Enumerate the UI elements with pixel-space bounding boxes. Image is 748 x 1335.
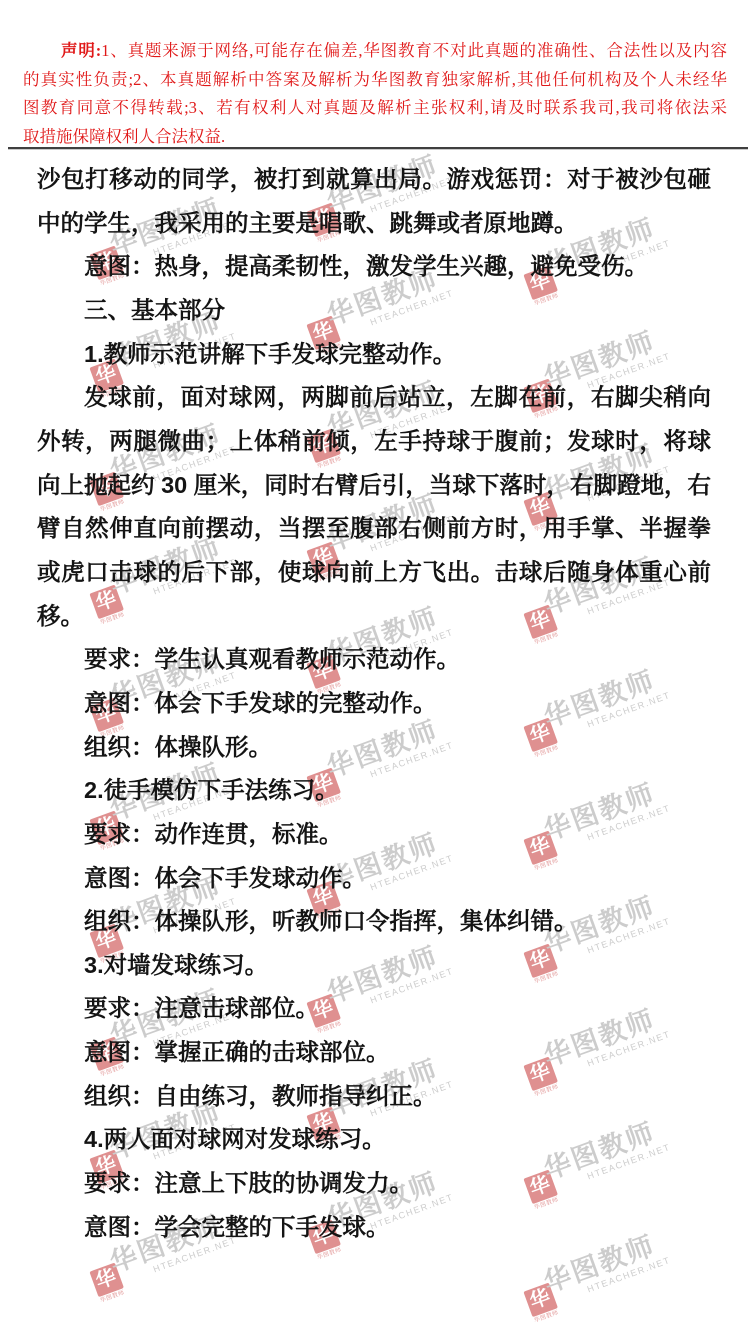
body-line: 要求：学生认真观看教师示范动作。: [37, 638, 711, 682]
huatu-logo-square-icon: 华: [523, 1283, 558, 1318]
body-text: 沙包打移动的同学，被打到就算出局。游戏惩罚：对于被沙包砸中的学生，我采用的主要是…: [37, 158, 711, 1249]
body-line: 发球前，面对球网，两脚前后站立，左脚在前，右脚尖稍向: [37, 376, 711, 420]
disclaimer: 声明:1、真题来源于网络,可能存在偏差,华图教育不对此真题的准确性、合法性以及内…: [23, 37, 727, 151]
huatu-logo-square-icon: 华: [89, 1263, 124, 1298]
disclaimer-line: 声明:1、真题来源于网络,可能存在偏差,华图教育不对此真题的准确性、合法性以及内…: [23, 37, 727, 66]
watermark-logo-caption: 华图教师: [533, 1310, 559, 1325]
body-line: 要求：动作连贯，标准。: [37, 813, 711, 857]
body-line: 组织：体操队形，听教师口令指挥，集体纠错。: [37, 900, 711, 944]
section-heading: 三、基本部分: [37, 289, 711, 333]
watermark-domain-text: HTEACHER.NET: [586, 1255, 672, 1295]
body-line: 或虎口击球的后下部，使球向前上方飞出。击球后随身体重心前: [37, 551, 711, 595]
body-line: 要求：注意击球部位。: [37, 987, 711, 1031]
body-line: 移。: [37, 595, 711, 639]
body-line: 中的学生，我采用的主要是唱歌、跳舞或者原地蹲。: [37, 202, 711, 246]
body-line: 意图：学会完整的下手发球。: [37, 1206, 711, 1250]
body-line: 意图：掌握正确的击球部位。: [37, 1031, 711, 1075]
disclaimer-line: 图教育同意不得转载;3、若有权利人对真题及解析主张权利,请及时联系我司,我司将依…: [23, 94, 727, 123]
body-line: 外转，两腿微曲；上体稍前倾，左手持球于腹前；发球时，将球: [37, 420, 711, 464]
body-line: 沙包打移动的同学，被打到就算出局。游戏惩罚：对于被沙包砸: [37, 158, 711, 202]
body-line: 要求：注意上下肢的协调发力。: [37, 1162, 711, 1206]
body-line: 1.教师示范讲解下手发球完整动作。: [37, 333, 711, 377]
document-page: 华华图教师华图教师HTEACHER.NET华华图教师华图教师HTEACHER.N…: [0, 0, 748, 1335]
watermark-logo-caption: 华图教师: [99, 1290, 125, 1305]
separator-line: [8, 147, 748, 150]
body-line: 组织：自由练习，教师指导纠正。: [37, 1075, 711, 1119]
body-line: 3.对墙发球练习。: [37, 944, 711, 988]
disclaimer-line: 的真实性负责;2、本真题解析中答案及解析为华图教育独家解析,其他任何机构及个人未…: [23, 66, 727, 95]
body-line: 组织：体操队形。: [37, 726, 711, 770]
huatu-logo-icon: 华华图教师: [87, 1262, 128, 1306]
huatu-logo-icon: 华华图教师: [521, 1282, 562, 1326]
disclaimer-bold-prefix: 声明:: [61, 41, 101, 60]
body-line: 臂自然伸直向前摆动，当摆至腹部右侧前方时，用手掌、半握拳: [37, 507, 711, 551]
body-line: 2.徒手模仿下手法练习。: [37, 769, 711, 813]
body-line: 向上抛起约 30 厘米，同时右臂后引，当球下落时，右脚蹬地，右: [37, 464, 711, 508]
body-line: 意图：热身，提高柔韧性，激发学生兴趣，避免受伤。: [37, 245, 711, 289]
body-line: 4.两人面对球网对发球练习。: [37, 1118, 711, 1162]
body-line: 意图：体会下手发球动作。: [37, 857, 711, 901]
body-line: 意图：体会下手发球的完整动作。: [37, 682, 711, 726]
